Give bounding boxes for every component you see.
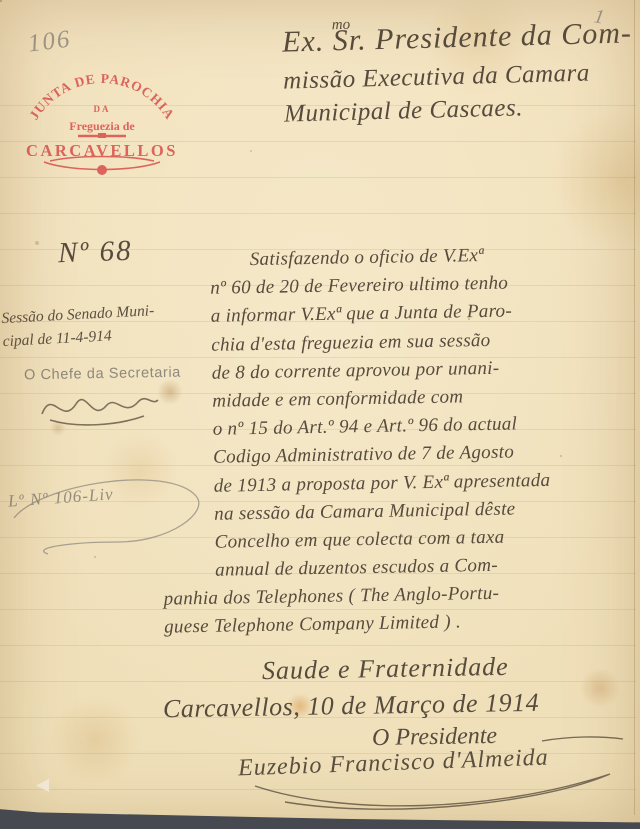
address-block: mo Ex. Sr. Presidente da Com- missão Exe… [282,11,635,130]
parish-stamp-graphic: JUNTA DE PAROCHIA DA Freguezia de CARCAV… [26,52,178,180]
stamp-freguezia-text: Freguezia de [69,119,135,133]
role-underline-flourish [540,730,625,738]
secretary-stamp: O Chefe da Secretaria [24,365,181,384]
stamp-divider-center [98,133,106,138]
parish-stamp: JUNTA DE PAROCHIA DA Freguezia de CARCAV… [26,52,178,185]
reference-number: Nº 68 [57,235,133,271]
margin-session-note: Sessão do Senado Muni- cipal de 11-4-914 [1,297,198,353]
foxing-specks [0,0,2,2]
secretary-signature-scribble [36,382,166,435]
paper-chip-mark [36,779,49,792]
signature-flourish [225,768,625,828]
svg-text:JUNTA DE PAROCHIA: JUNTA DE PAROCHIA [26,71,178,122]
letter-body: Satisfazendo o oficio de V.Exª nº 60 de … [210,242,640,644]
closing-salutation: Saude e Fraternidade [262,652,509,686]
salutation-superscript: mo [332,17,351,34]
stamp-flourish-center [97,165,107,175]
stamp-da-text: DA [94,104,111,114]
scanned-letter-page: 106 1 JUNTA DE PAROCHIA DA Freguezia de … [0,0,640,829]
paper-sheet: 106 1 JUNTA DE PAROCHIA DA Freguezia de … [0,0,640,829]
closing-dateline: Carcavellos, 10 de Março de 1914 [163,688,540,725]
stamp-arc-text: JUNTA DE PAROCHIA [26,71,178,122]
